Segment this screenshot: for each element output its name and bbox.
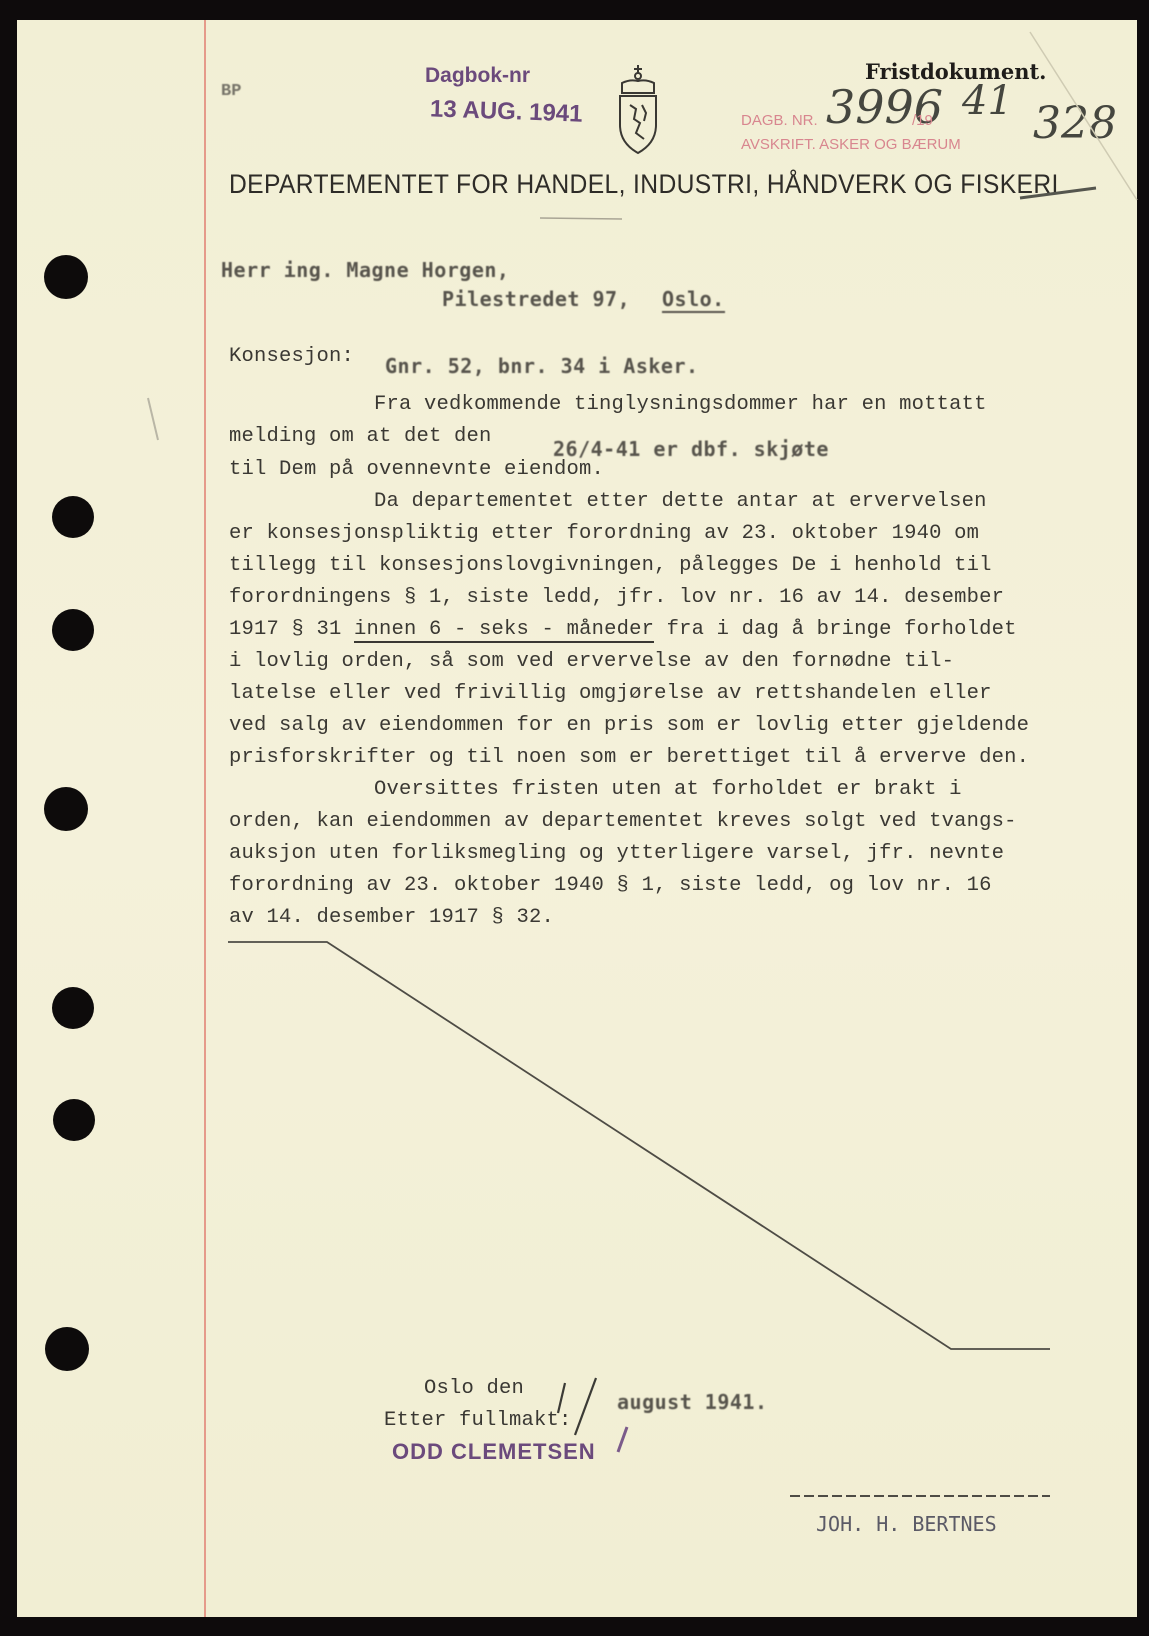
place-date-label: Oslo den [424, 1377, 524, 1400]
subject-value: Gnr. 52, bnr. 34 i Asker. [385, 354, 699, 378]
body-line: ved salg av eiendommen for en pris som e… [229, 714, 1029, 737]
body-line: orden, kan eiendommen av departementet k… [229, 810, 1017, 833]
body-line: auksjon uten forliksmegling og ytterlige… [229, 842, 1004, 865]
month-year: august 1941. [617, 1390, 768, 1414]
heading-underline-stroke [1020, 188, 1096, 198]
body-line-deadline: 1917 § 31 innen 6 - seks - måneder fra i… [229, 618, 1017, 641]
body-line: tillegg til konsesjonslovgivningen, påle… [229, 554, 992, 577]
body-line: i lovlig orden, så som ved ervervelse av… [229, 650, 954, 673]
recipient-street: Pilestredet 97, [442, 287, 643, 311]
deadline-emphasis: innen 6 - seks - måneder [354, 618, 654, 643]
body-line: til Dem på ovennevnte eiendom. [229, 458, 604, 481]
subject-label: Konsesjon: [229, 345, 354, 368]
body-line: Fra vedkommende tinglysningsdommer har e… [374, 393, 987, 416]
body-text: fra i dag å bringe forholdet [654, 618, 1017, 641]
body-text: 1917 § 31 [229, 618, 354, 641]
signer-stamp: ODD CLEMETSEN [392, 1439, 596, 1465]
body-line: melding om at det den [229, 425, 492, 448]
body-line: Da departementet etter dette antar at er… [374, 490, 987, 513]
body-line: forordning av 23. oktober 1940 § 1, sist… [229, 874, 992, 897]
body-line: er konsesjonspliktig etter forordning av… [229, 522, 979, 545]
second-signer-stamp: JOH. H. BERTNES [816, 1512, 997, 1536]
recipient-name: Herr ing. Magne Horgen, [221, 258, 509, 282]
strike-out-line [228, 942, 1050, 1349]
recipient-city: Oslo. [662, 287, 725, 313]
body-line: Oversittes fristen uten at forholdet er … [374, 778, 962, 801]
body-line: prisforskrifter og til noen som er beret… [229, 746, 1029, 769]
body-line: latelse eller ved frivillig omgjørelse a… [229, 682, 992, 705]
authority-label: Etter fullmakt: [384, 1409, 572, 1432]
body-line: forordningens § 1, siste ledd, jfr. lov … [229, 586, 1004, 609]
body-line: av 14. desember 1917 § 32. [229, 906, 554, 929]
